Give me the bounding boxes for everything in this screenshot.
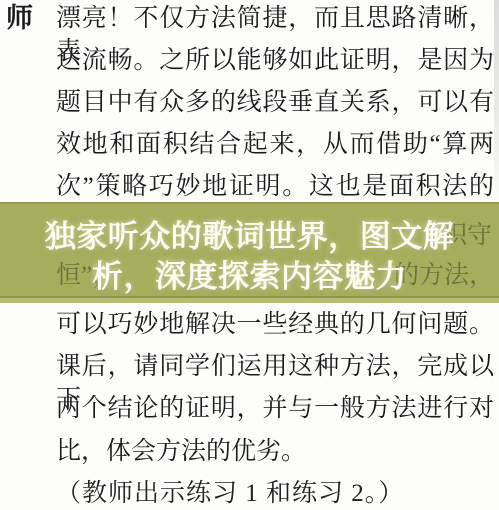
caption-title-line1: 独家听众的歌词世界，图文解 xyxy=(0,217,499,257)
page-edge-shadow xyxy=(494,0,499,210)
text-line: 两个结论的证明，并与一般方法进行对 xyxy=(56,392,494,425)
caption-title-line2: 析，深度探索内容魅力 xyxy=(0,257,499,297)
overlay-caption-banner: 积守 恒”， 的方法， 独家听众的歌词世界，图文解 析，深度探索内容魅力 xyxy=(0,202,499,303)
text-line: 题目中有众多的线段垂直关系，可以有 xyxy=(56,86,494,119)
text-line: 达流畅。之所以能够如此证明，是因为 xyxy=(56,44,494,77)
book-page: 师 漂亮！不仅方法简捷，而且思路清晰，表 达流畅。之所以能够如此证明，是因为 题… xyxy=(0,0,499,510)
text-line: 次”策略巧妙地证明。这也是面积法的 xyxy=(56,170,494,203)
text-line: 效地和面积结合起来，从而借助“算两 xyxy=(56,128,494,161)
text-line: 可以巧妙地解决一些经典的几何问题。 xyxy=(56,308,494,341)
overlay-caption-title: 独家听众的歌词世界，图文解 析，深度探索内容魅力 xyxy=(0,217,499,297)
speaker-label: 师 xyxy=(6,3,33,33)
text-line: 比，体会方法的优劣。 xyxy=(56,435,494,468)
text-line-stage-direction: （教师出示练习 1 和练习 2。） xyxy=(56,477,494,510)
